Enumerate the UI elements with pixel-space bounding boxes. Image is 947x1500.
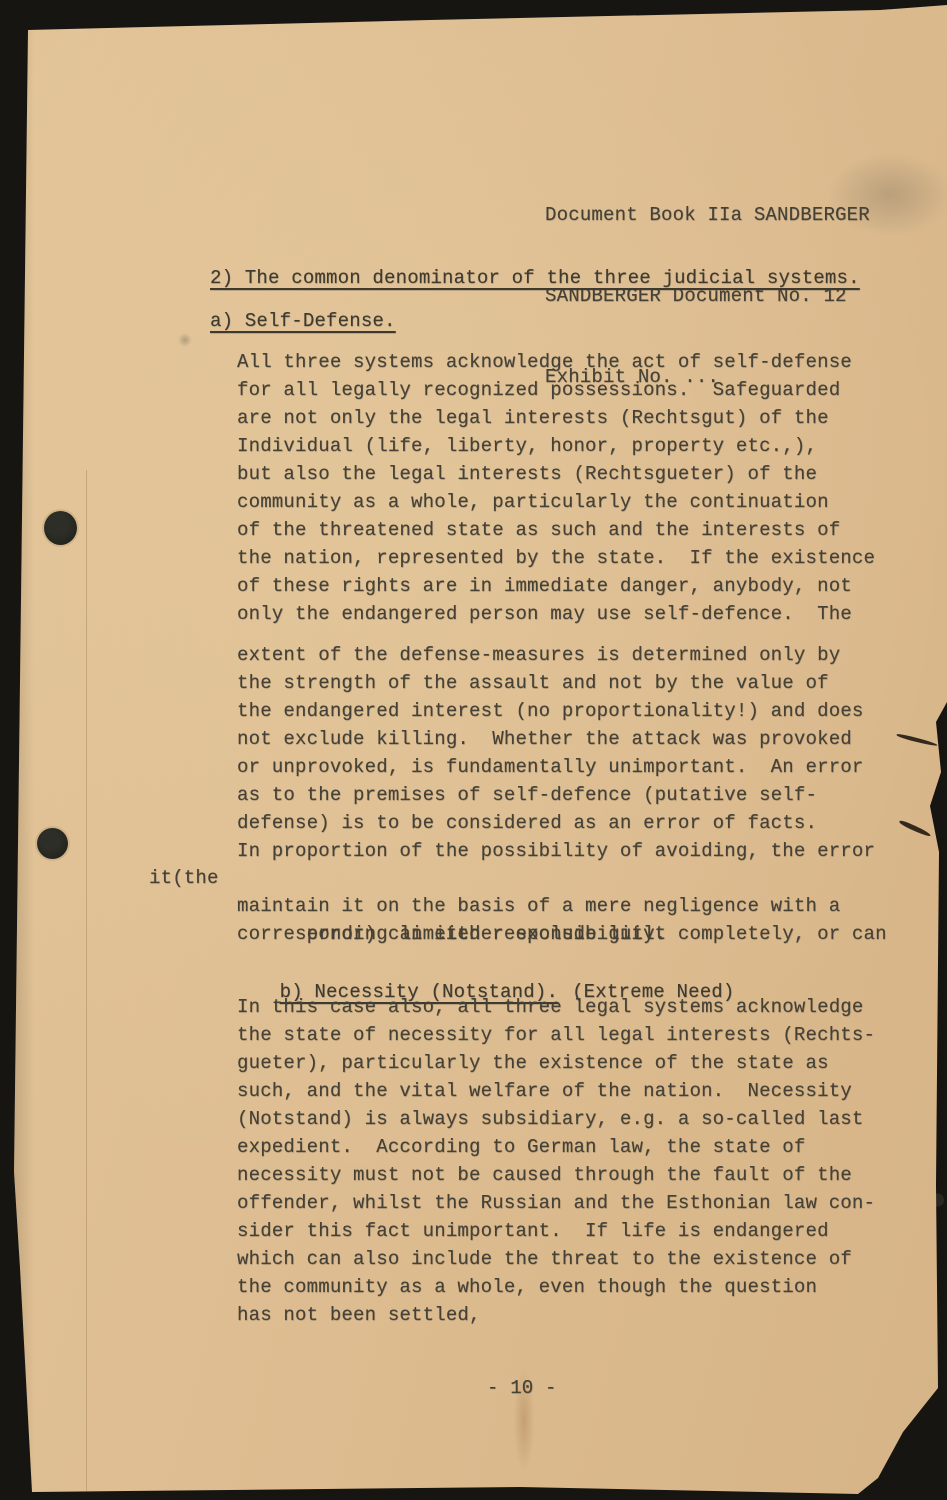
paper-crease-line [86, 470, 87, 1495]
document-page: Document Book IIa SANDBERGER SANDBERGER … [0, 0, 947, 1500]
scanner-background: Document Book IIa SANDBERGER SANDBERGER … [0, 0, 947, 1500]
paper-tear-mark-upper [896, 733, 938, 747]
punch-hole-bottom [37, 828, 68, 859]
paragraph-necessity-1: In this case also, all three legal syste… [237, 993, 875, 1329]
paragraph-self-defense-1: All three systems acknowledge the act of… [237, 348, 875, 628]
margin-insertion-text: it(the [149, 864, 219, 892]
punch-hole-top [44, 511, 77, 545]
paragraph-self-defense-3: maintain it on the basis of a mere negli… [237, 892, 840, 948]
section-heading: 2) The common denominator of the three j… [210, 264, 860, 292]
page-number: - 10 - [487, 1374, 557, 1402]
header-line-book: Document Book IIa SANDBERGER [545, 202, 870, 229]
paper-tear-mark-lower [898, 819, 931, 837]
subsection-a-heading: a) Self-Defense. [210, 307, 396, 335]
paragraph-self-defense-2: extent of the defense-measures is determ… [237, 641, 875, 865]
